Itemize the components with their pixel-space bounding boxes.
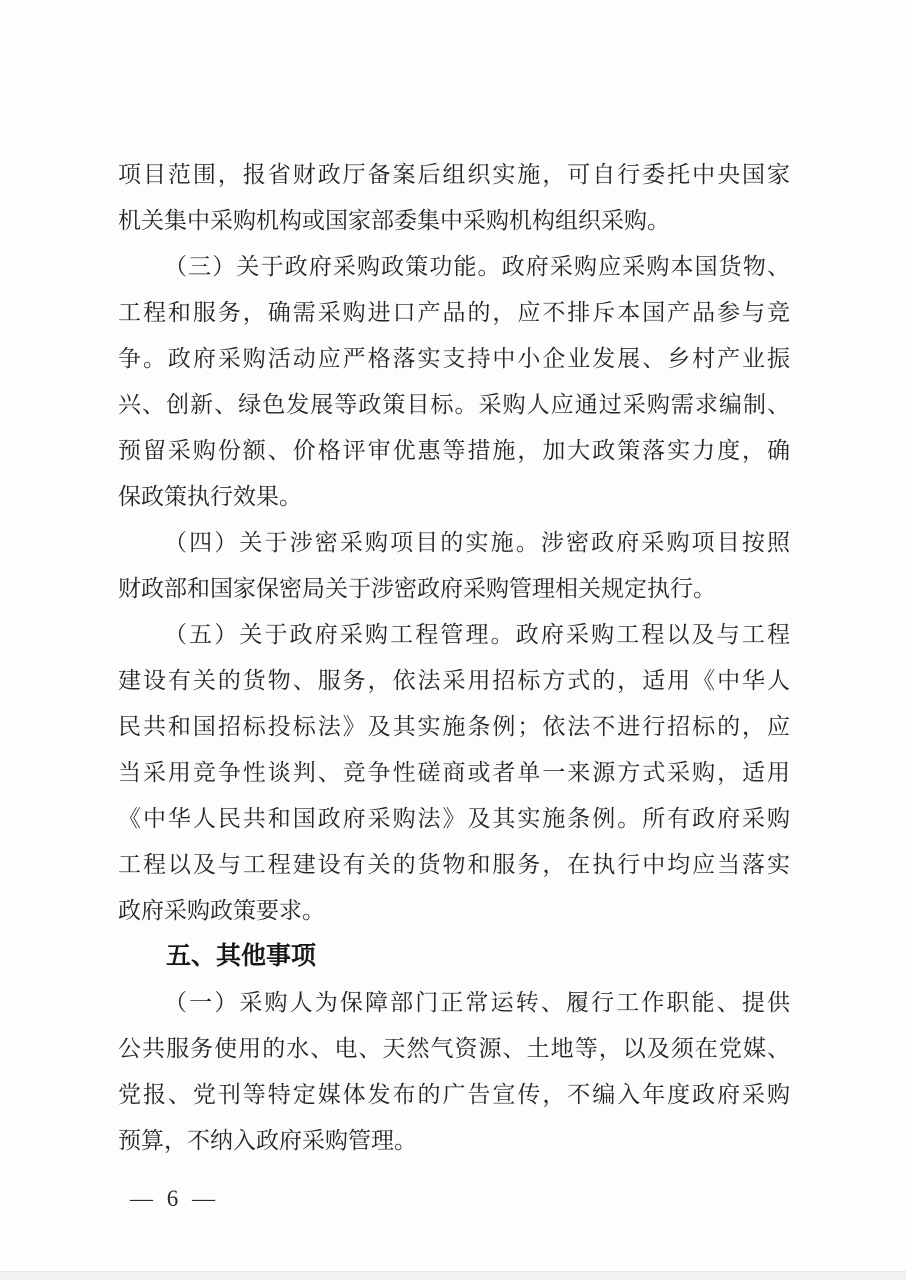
text-line: 《中华人民共和国政府采购法》及其实施条例。所有政府采购 [118,796,790,842]
text-line: （一）采购人为保障部门正常运转、履行工作职能、提供 [118,980,790,1026]
document-body: 项目范围，报省财政厅备案后组织实施，可自行委托中央国家机关集中采购机构或国家部委… [118,152,790,1164]
text-line: 兴、创新、绿色发展等政策目标。采购人应通过采购需求编制、 [118,382,790,428]
text-line: 机关集中采购机构或国家部委集中采购机构组织采购。 [118,198,790,244]
text-line: （五）关于政府采购工程管理。政府采购工程以及与工程 [118,612,790,658]
section-heading: 五、其他事项 [118,934,790,980]
text-line: 建设有关的货物、服务，依法采用招标方式的，适用《中华人 [118,658,790,704]
text-line: 政府采购政策要求。 [118,888,790,934]
scan-edge-strip [0,1271,906,1280]
text-line: 当采用竞争性谈判、竞争性磋商或者单一来源方式采购，适用 [118,750,790,796]
text-line: （四）关于涉密采购项目的实施。涉密政府采购项目按照 [118,520,790,566]
text-line: 争。政府采购活动应严格落实支持中小企业发展、乡村产业振 [118,336,790,382]
page-number: — 6 — [130,1186,219,1212]
text-line: 党报、党刊等特定媒体发布的广告宣传，不编入年度政府采购 [118,1072,790,1118]
text-line: 工程和服务，确需采购进口产品的，应不排斥本国产品参与竞 [118,290,790,336]
text-line: 公共服务使用的水、电、天然气资源、土地等，以及须在党媒、 [118,1026,790,1072]
text-line: 项目范围，报省财政厅备案后组织实施，可自行委托中央国家 [118,152,790,198]
text-line: （三）关于政府采购政策功能。政府采购应采购本国货物、 [118,244,790,290]
document-page: 项目范围，报省财政厅备案后组织实施，可自行委托中央国家机关集中采购机构或国家部委… [0,0,906,1280]
text-line: 保政策执行效果。 [118,474,790,520]
text-line: 民共和国招标投标法》及其实施条例；依法不进行招标的，应 [118,704,790,750]
text-line: 财政部和国家保密局关于涉密政府采购管理相关规定执行。 [118,566,790,612]
text-line: 工程以及与工程建设有关的货物和服务，在执行中均应当落实 [118,842,790,888]
text-line: 预留采购份额、价格评审优惠等措施，加大政策落实力度，确 [118,428,790,474]
text-line: 预算，不纳入政府采购管理。 [118,1118,790,1164]
